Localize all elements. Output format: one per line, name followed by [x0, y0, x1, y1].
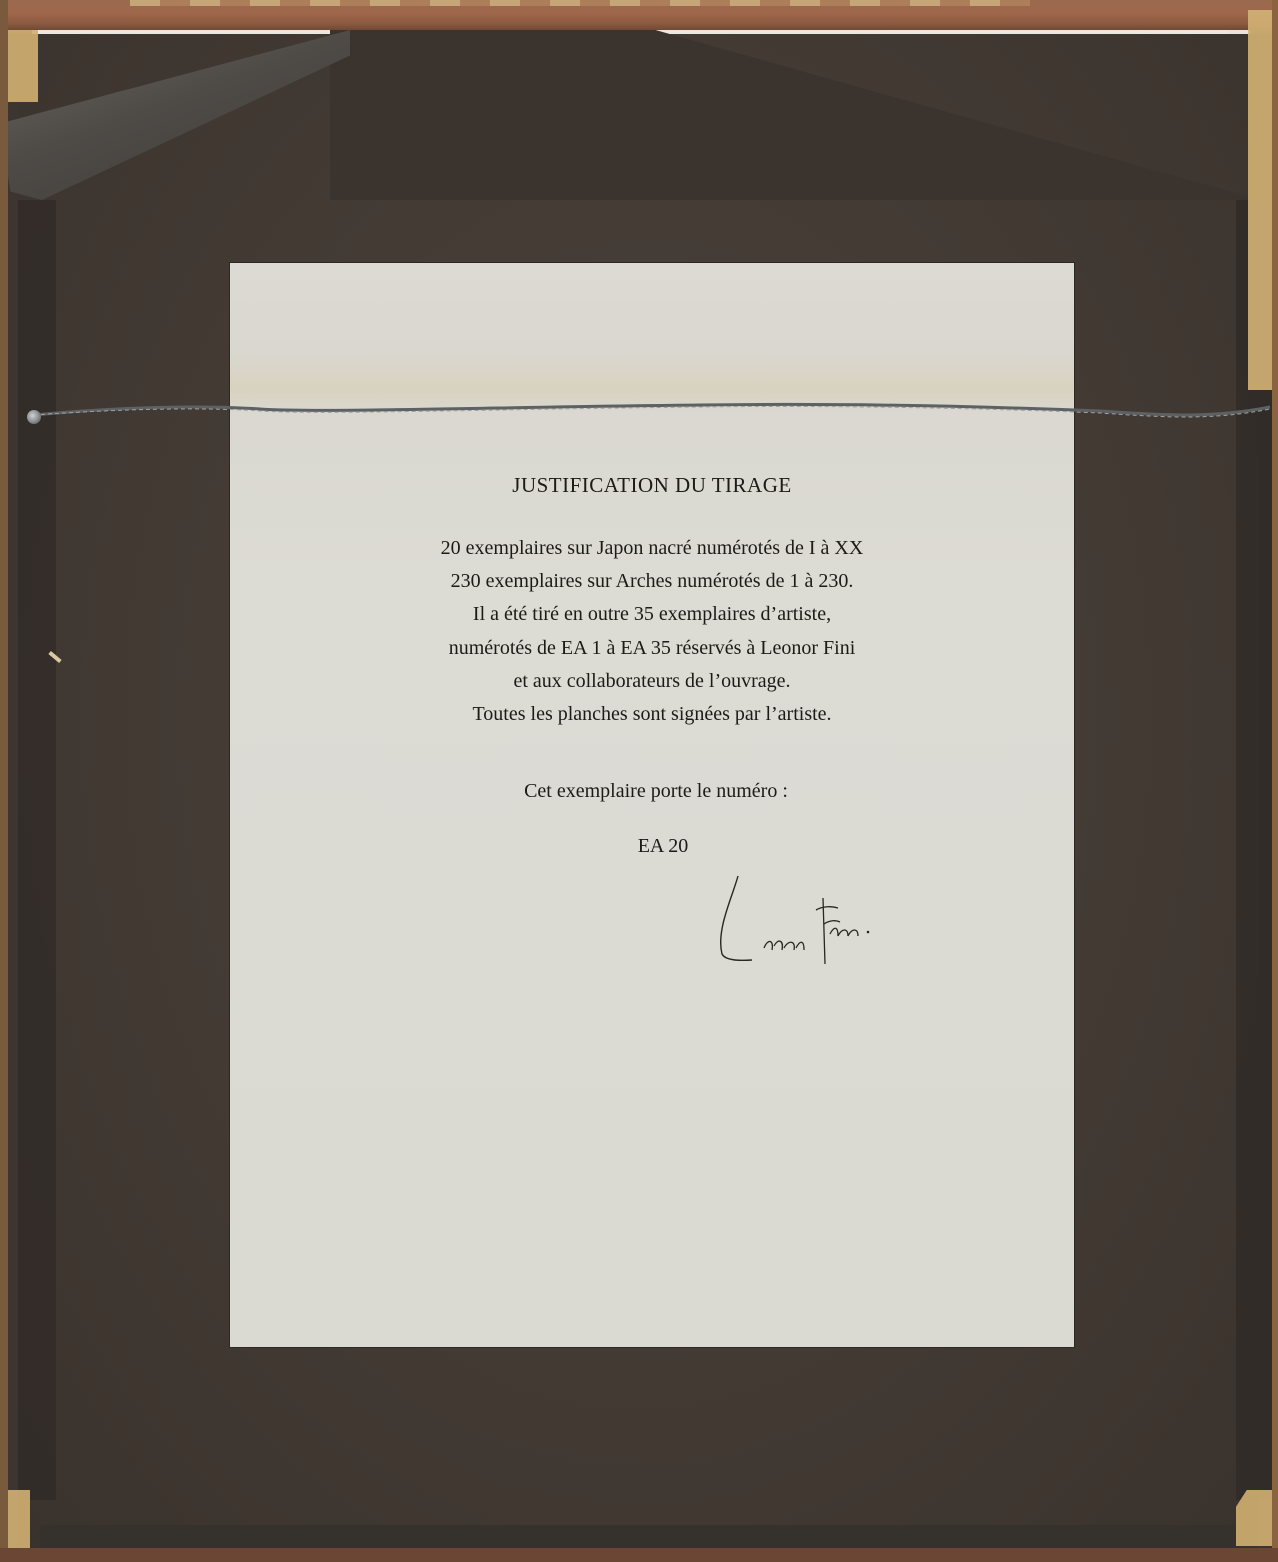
masking-tape-bottom-right — [1236, 1490, 1272, 1546]
wooden-frame-left — [0, 0, 8, 1562]
edition-line-6: Toutes les planches sont signées par l’a… — [230, 703, 1074, 726]
backing-bottom-edge — [40, 1525, 1240, 1550]
edition-line-5: et aux collaborateurs de l’ouvrage. — [230, 670, 1074, 693]
wire-anchor-screw — [27, 410, 41, 424]
copy-number: EA 20 — [230, 835, 1074, 858]
edition-line-4: numérotés de EA 1 à EA 35 réservés à Leo… — [230, 637, 1074, 660]
wooden-frame-bottom — [0, 1548, 1278, 1562]
edition-line-1: 20 exemplaires sur Japon nacré numérotés… — [230, 537, 1074, 560]
frame-wood-grain — [130, 0, 1030, 6]
copy-statement: Cet exemplaire porte le numéro : — [230, 780, 1074, 803]
framed-artwork-back: JUSTIFICATION DU TIRAGE 20 exemplaires s… — [0, 0, 1278, 1562]
hanging-wire — [0, 395, 1278, 435]
edition-line-2: 230 exemplaires sur Arches numérotés de … — [230, 570, 1074, 593]
artist-signature — [708, 868, 888, 968]
wooden-frame-right — [1272, 0, 1278, 1562]
edition-line-3: Il a été tiré en outre 35 exemplaires d’… — [230, 603, 1074, 626]
document-title: JUSTIFICATION DU TIRAGE — [230, 473, 1074, 498]
